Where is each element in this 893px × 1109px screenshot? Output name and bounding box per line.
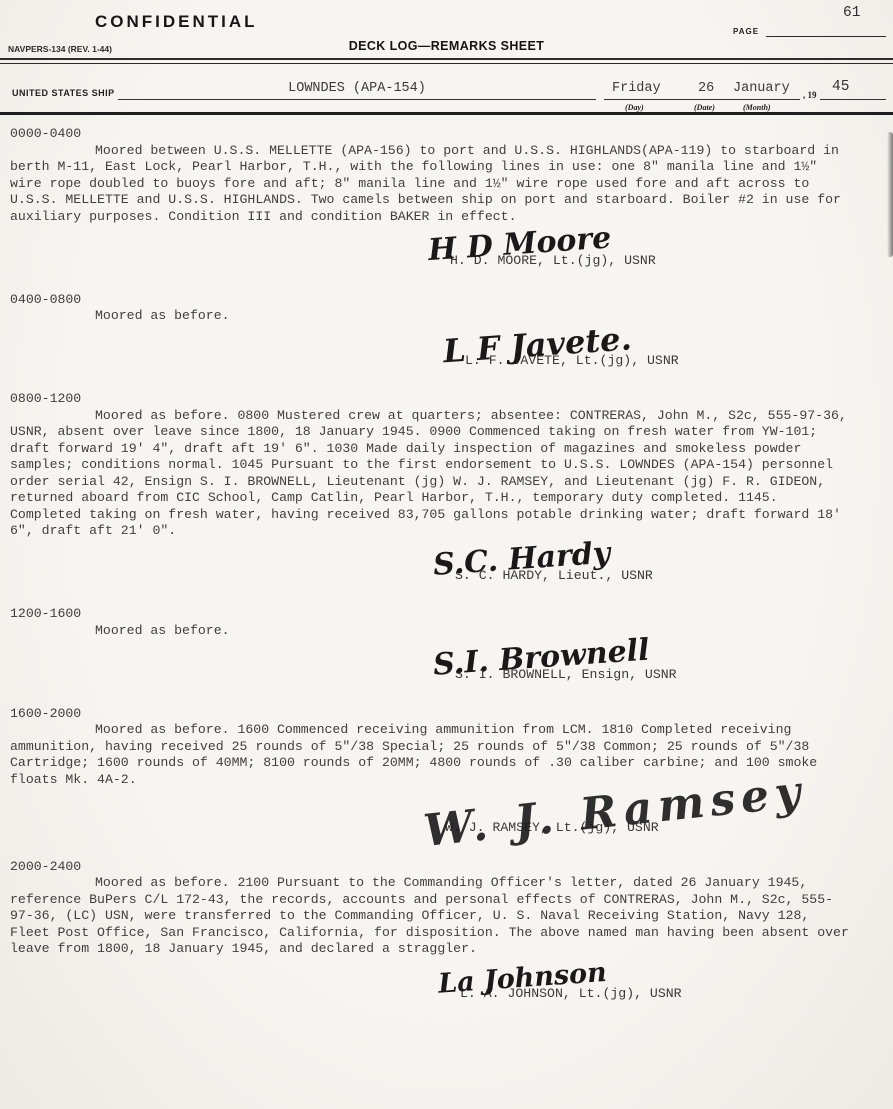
entry-time-range: 0800-1200 [10, 391, 870, 408]
date-line [604, 99, 800, 100]
entry-time-range: 1600-2000 [10, 706, 870, 723]
entry-remarks-text: Moored as before. [10, 623, 855, 640]
entry-time-range: 2000-2400 [10, 859, 870, 876]
signature-block: La Johnson L. A. JOHNSON, Lt.(jg), USNR [460, 962, 682, 1003]
ship-label: UNITED STATES SHIP [12, 88, 115, 98]
page-number: 61 [843, 5, 860, 21]
entry-remarks-text: Moored as before. 2100 Pursuant to the C… [10, 875, 855, 958]
double-rule [0, 58, 893, 64]
signature-block: H D Moore H. D. MOORE, Lt.(jg), USNR [450, 229, 656, 270]
thick-rule [0, 112, 893, 115]
sheet-title: DECK LOG—REMARKS SHEET [0, 39, 893, 53]
form-header: CONFIDENTIAL 61 PAGE NAVPERS-134 (REV. 1… [0, 0, 893, 122]
scan-artifact [887, 132, 893, 257]
log-entry: 2000-2400 Moored as before. 2100 Pursuan… [10, 859, 870, 1003]
classification-stamp: CONFIDENTIAL [95, 12, 258, 32]
signature-block: L F Javete. L. F. JAVETE, Lt.(jg), USNR [465, 329, 679, 370]
year-line [820, 99, 886, 100]
entry-time-range: 0400-0800 [10, 292, 870, 309]
date-day: Friday [612, 81, 661, 96]
date-field-label: (Date) [694, 103, 715, 112]
log-entry: 0800-1200 Moored as before. 0800 Mustere… [10, 391, 870, 584]
log-entry: 0000-0400 Moored between U.S.S. MELLETTE… [10, 126, 870, 270]
signature-block: W. J. Ramsey W. J. RAMSEY, Lt.(jg), USNR [445, 792, 829, 837]
signature-block: S.I. Brownell S. I. BROWNELL, Ensign, US… [455, 643, 677, 684]
ship-name-line [118, 99, 596, 100]
year-prefix: , 19 [803, 90, 817, 100]
log-entry: 1600-2000 Moored as before. 1600 Commenc… [10, 706, 870, 837]
year-value: 45 [832, 79, 849, 95]
entry-remarks-text: Moored between U.S.S. MELLETTE (APA-156)… [10, 143, 855, 226]
date-number: 26 [698, 81, 714, 96]
month-field-label: (Month) [743, 103, 771, 112]
day-field-label: (Day) [625, 103, 644, 112]
signature-block: S.C. Hardy S. C. HARDY, Lieut., USNR [455, 544, 653, 585]
ship-name: LOWNDES (APA-154) [118, 81, 596, 96]
log-entry: 1200-1600 Moored as before. S.I. Brownel… [10, 606, 870, 684]
log-entry: 0400-0800 Moored as before. L F Javete. … [10, 292, 870, 370]
deck-log-page: CONFIDENTIAL 61 PAGE NAVPERS-134 (REV. 1… [0, 0, 893, 1109]
log-entries: 0000-0400 Moored between U.S.S. MELLETTE… [10, 122, 870, 1002]
date-month: January [733, 81, 790, 96]
page-label: PAGE [733, 27, 759, 36]
entry-time-range: 1200-1600 [10, 606, 870, 623]
page-number-line [766, 36, 886, 37]
entry-time-range: 0000-0400 [10, 126, 870, 143]
entry-remarks-text: Moored as before. [10, 308, 855, 325]
entry-remarks-text: Moored as before. 0800 Mustered crew at … [10, 408, 855, 540]
